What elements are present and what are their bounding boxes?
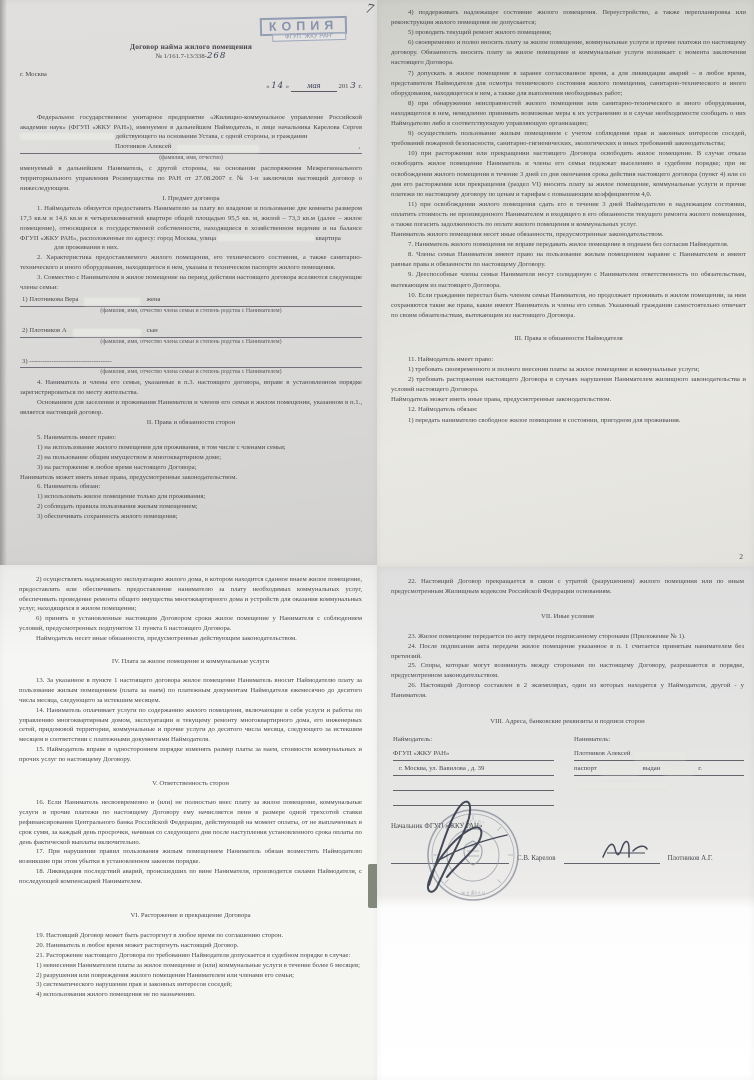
paragraph: для проживания в них. <box>54 243 362 253</box>
landlord-signature <box>411 789 531 899</box>
text-span: 201 <box>337 83 350 90</box>
section-heading: II. Права и обязанности сторон <box>20 418 362 428</box>
landlord-address: г. Москва, ул. Вавилова , д. 39 <box>393 761 554 776</box>
paragraph: 1) требовать своевременного и полного вн… <box>391 365 746 375</box>
scan-edge-artifact <box>368 864 377 908</box>
section-heading: I. Предмет договора <box>20 194 362 204</box>
paragraph: 5) проводить текущий ремонт жилого помещ… <box>391 28 746 38</box>
paragraph: Федеральное государственное унитарное пр… <box>20 113 362 143</box>
paragraph: 2. Характеристика предоставляемого жилог… <box>20 253 362 273</box>
text-span: г. <box>357 83 362 90</box>
paragraph: 6) своевременно и полно вносить плату за… <box>391 38 746 68</box>
paragraph: Основанием для заселения и проживания На… <box>20 398 362 418</box>
paragraph: 8. Члены семьи Нанимателя имеют право на… <box>391 250 746 270</box>
paragraph: 20. Наниматель в любое время может расто… <box>19 941 362 951</box>
redacted-text <box>177 145 259 152</box>
handwritten-text: мая <box>291 81 337 92</box>
redacted-text <box>601 767 639 774</box>
paragraph: 4) поддерживать надлежащее состояние жил… <box>391 8 746 28</box>
redacted-text <box>664 767 694 774</box>
paragraph: 23. Жилое помещение передается по акту п… <box>391 632 744 642</box>
fill-in-line: 1) Плотникова Веражена <box>20 295 362 307</box>
page-4: 22. Настоящий Договор прекращается в свя… <box>377 567 754 1080</box>
redacted-text <box>634 752 686 759</box>
paragraph: 4. Наниматель и члены его семьи, указанн… <box>20 378 362 398</box>
fill-in-line: 2) Плотников Асын <box>20 326 362 338</box>
page-2-text: 4) поддерживать надлежащее состояние жил… <box>377 0 754 426</box>
tenant-name-line: Плотников Алексей <box>574 746 744 761</box>
paragraph: 25. Споры, которые могут возникнуть межд… <box>391 661 744 681</box>
redacted-text <box>73 329 141 336</box>
paragraph: 11. Наймодатель имеет право: <box>391 355 746 365</box>
paragraph: 6) принять в установленные настоящим Дог… <box>19 614 362 634</box>
text-span: Федеральное государственное унитарное пр… <box>20 114 362 131</box>
paragraph: 3) систематического нарушения прав и зак… <box>19 980 362 990</box>
paragraph: 1) передать нанимателю свободное жилое п… <box>391 416 746 426</box>
redacted-text <box>218 234 314 241</box>
fill-in-line: 3) ------------------------------------- <box>20 357 362 369</box>
field-caption: (фамилия, имя, отчество члена семьи и ст… <box>20 368 362 378</box>
paragraph: 2) требовать расторжения настоящего Дого… <box>391 375 746 395</box>
fill-in-line: Плотников Алексей, <box>20 142 362 154</box>
landlord-label: Наймодатель: <box>393 732 554 746</box>
paragraph: Наймодатель несет иные обязанности, пред… <box>19 634 362 644</box>
paragraph: 2) осуществлять надлежащую эксплуатацию … <box>19 575 362 614</box>
paragraph: 1. Наймодатель обязуется предоставить На… <box>20 204 362 244</box>
paragraph: 9) осуществлять пользование жилым помеще… <box>391 129 746 149</box>
paragraph: 2) соблюдать правила пользования жилым п… <box>20 502 362 512</box>
issued-label: выдан <box>643 764 661 774</box>
landlord-name: ФГУП «ЖКУ РАН» <box>393 746 554 761</box>
page-1: КОПИЯ ФГУП "ЖКУ РАН" Договор найма жилог… <box>0 0 377 565</box>
paragraph: Наймодатель может иметь иные права, пред… <box>391 395 746 405</box>
paragraph: 1) на использование жилого помещения для… <box>20 443 362 453</box>
section-heading: V. Ответственность сторон <box>19 779 362 789</box>
paragraph: 22. Настоящий Договор прекращается в свя… <box>391 577 744 597</box>
paragraph: 24. После подписания акта передачи жилое… <box>391 642 744 662</box>
paragraph: 21. Расторжение настоящего Договора по т… <box>19 951 362 961</box>
date-line: « 14 » мая 201 3 г. <box>20 81 362 92</box>
paragraph: 11) при освобождении жилого помещения сд… <box>391 200 746 230</box>
paragraph: 1) использовать жилое помещение только д… <box>20 492 362 502</box>
text-span: » <box>284 83 291 90</box>
section-heading: VI. Расторжение и прекращение Договора <box>19 911 362 921</box>
section-heading: VII. Иные условия <box>391 612 744 622</box>
paragraph: 15. Наймодатель вправе в одностороннем п… <box>19 745 362 765</box>
passport-label: паспорт <box>574 764 597 774</box>
section-heading: IV. Плата за жилое помещение и коммуналь… <box>19 657 362 667</box>
page-1-text: Договор найма жилого помещения№ 1/161.7-… <box>0 0 377 522</box>
paragraph: 5. Наниматель имеет право: <box>20 433 362 443</box>
paragraph: 3) на расторжение в любое время настояще… <box>20 463 362 473</box>
handwritten-text: 14 <box>271 81 284 91</box>
tenant-name: Плотников Алексей <box>574 749 630 759</box>
paragraph: 4) использования жилого помещения не по … <box>19 990 362 1000</box>
year-label: г. <box>698 764 702 774</box>
page-number: 2 <box>739 552 743 561</box>
tenant-label: Наниматель: <box>574 732 744 746</box>
paragraph: 19. Настоящий Договор может быть расторг… <box>19 931 362 941</box>
section-heading: III. Права и обязанности Наймодателя <box>391 334 746 344</box>
redacted-text <box>574 782 670 789</box>
paragraph: 17. При нарушении правил пользования жил… <box>19 847 362 867</box>
paragraph: 2) разрушения или повреждения жилого пом… <box>19 971 362 981</box>
paragraph: 6. Наниматель обязан: <box>20 482 362 492</box>
paragraph: 7. Наниматель жилого помещения не вправе… <box>391 240 746 250</box>
paragraph: 1) невнесения Нанимателем платы за жилое… <box>19 961 362 971</box>
text-span: № 1/161.7-13/338- <box>156 53 207 60</box>
text-span: жена <box>146 295 160 305</box>
field-caption: (фамилия, имя, отчество члена семьи и ст… <box>20 307 362 317</box>
paragraph: 13. За указанное в пункте 1 настоящего д… <box>19 676 362 705</box>
text-span: квартира <box>314 235 341 242</box>
field-caption: (фамилия, имя, отчество) <box>20 154 362 164</box>
section-heading: № 1/161.7-13/338-268 <box>20 52 362 62</box>
page-3: 2) осуществлять надлежащую эксплуатацию … <box>0 565 377 1080</box>
paragraph: 2) на пользование общим имуществом в мно… <box>20 453 362 463</box>
section-heading: VIII. Адреса, банковские реквизиты и под… <box>391 717 744 727</box>
paragraph: Наниматель жилого помещения несет иные о… <box>391 230 746 240</box>
tenant-signature <box>599 837 651 863</box>
paragraph: 9. Дееспособные члены семьи Нанимателя н… <box>391 270 746 290</box>
text-span: 3) ------------------------------------- <box>22 357 112 367</box>
paragraph: 3. Совместно с Нанимателем в жилое помещ… <box>20 273 362 293</box>
paragraph: 12. Наймодатель обязан: <box>391 405 746 415</box>
tenant-passport-line: паспорт выдан г. <box>574 761 744 776</box>
page-3-text: 2) осуществлять надлежащую эксплуатацию … <box>0 565 377 1000</box>
text-span: , <box>358 142 360 152</box>
paragraph: 8) при обнаружении неисправностей жилого… <box>391 99 746 129</box>
field-caption: (фамилия, имя, отчество члена семьи и ст… <box>20 338 362 348</box>
paragraph: 10. Если гражданин перестал быть членом … <box>391 291 746 321</box>
paragraph: 10) при расторжении или прекращении наст… <box>391 149 746 199</box>
redacted-text <box>20 133 114 140</box>
page-4-text: 22. Настоящий Договор прекращается в свя… <box>377 567 754 727</box>
paragraph: 7) допускать в жилое помещение в заранее… <box>391 69 746 99</box>
paragraph: 14. Наниматель оплачивает услуги по соде… <box>19 706 362 745</box>
document-title: Договор найма жилого помещения <box>20 42 362 52</box>
paragraph: 26. Настоящий Договор составлен в 2 экзе… <box>391 681 744 701</box>
text-span: Плотников Алексей <box>115 142 171 152</box>
place-line: г. Москва <box>20 70 362 80</box>
text-span: действующего на основании Устава, с одно… <box>114 133 307 140</box>
text-span: сын <box>147 326 158 336</box>
paragraph: 16. Если Наниматель несвоевременно и (ил… <box>19 798 362 847</box>
scanned-contract-document: КОПИЯ ФГУП "ЖКУ РАН" Договор найма жилог… <box>0 0 754 1080</box>
paragraph: 3) обеспечивать сохранность жилого помещ… <box>20 512 362 522</box>
page-2: 4) поддерживать надлежащее состояние жил… <box>377 0 754 567</box>
redacted-text <box>84 298 140 305</box>
paragraph: 18. Ликвидация последствий аварий, проис… <box>19 867 362 887</box>
tenant-signer-name: Плотников А.Г. <box>668 854 713 864</box>
text-span: 1) Плотникова Вера <box>22 295 78 305</box>
handwritten-text: 268 <box>207 51 226 61</box>
text-span: 2) Плотников А <box>22 326 67 336</box>
tenant-redacted-line <box>574 776 744 790</box>
paragraph: именуемый в дальнейшем Наниматель, с дру… <box>20 164 362 194</box>
paragraph: Наниматель может иметь иные права, преду… <box>20 473 362 483</box>
